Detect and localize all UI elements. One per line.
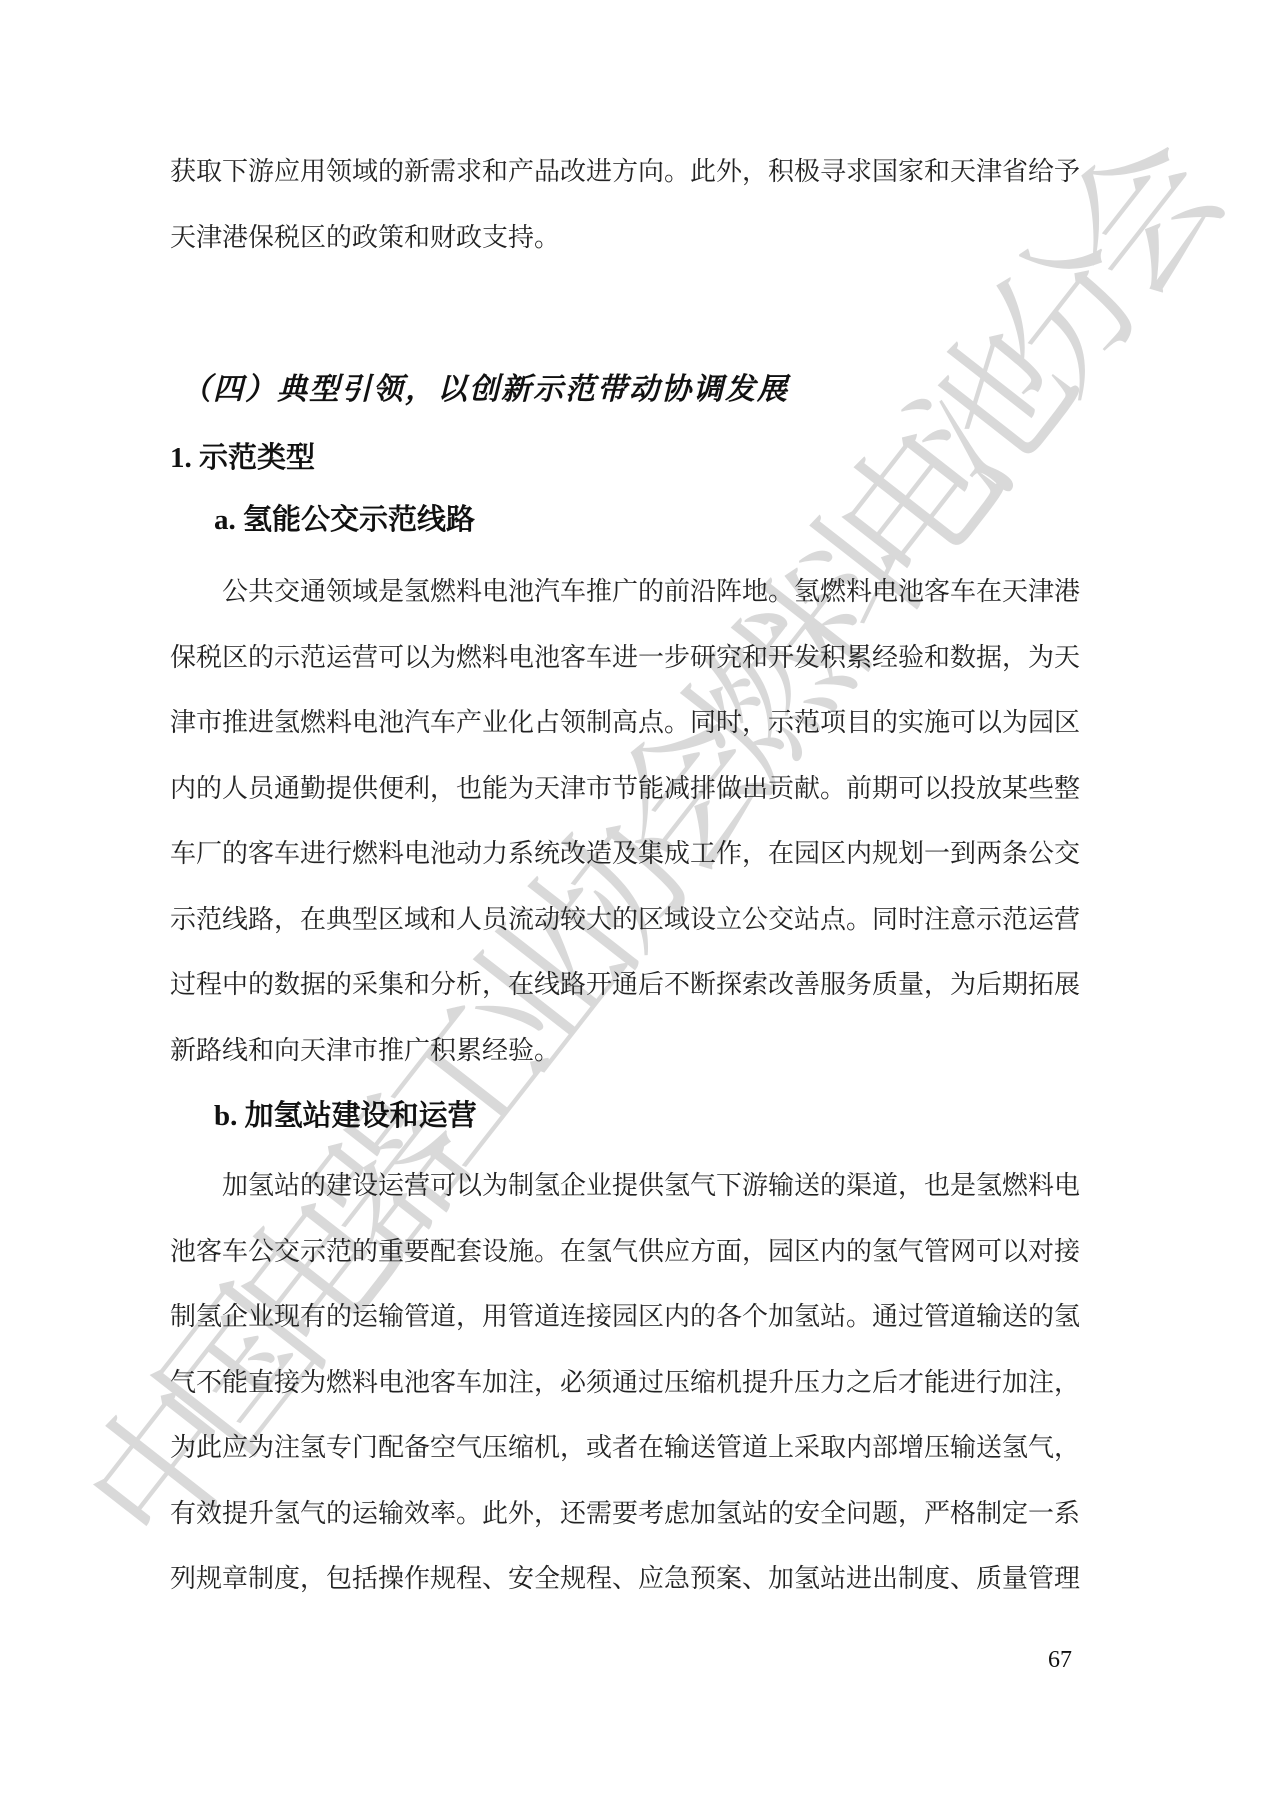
section-heading-4: （四）典型引领，以创新示范带动协调发展 [181,366,789,414]
paragraph-a-hydrogen-bus-demo: 公共交通领域是氢燃料电池汽车推广的前沿阵地。氢燃料电池客车在天津港 保税区的示范… [170,559,1112,1083]
document-page: 中国电器工业协会燃料电池分会 获取下游应用领域的新需求和产品改进方向。此外，积极… [0,0,1273,1800]
subsection-heading-1: 1. 示范类型 [170,434,315,482]
subsection-heading-a: a. 氢能公交示范线路 [214,496,475,544]
subsection-heading-b: b. 加氢站建设和运营 [214,1092,477,1140]
paragraph-b-refueling-station: 加氢站的建设运营可以为制氢企业提供氢气下游输送的渠道，也是氢燃料电 池客车公交示… [170,1153,1112,1612]
paragraph-intro-continuation: 获取下游应用领域的新需求和产品改进方向。此外，积极寻求国家和天津省给予 天津港保… [170,139,1112,270]
page-number: 67 [1048,1645,1072,1675]
